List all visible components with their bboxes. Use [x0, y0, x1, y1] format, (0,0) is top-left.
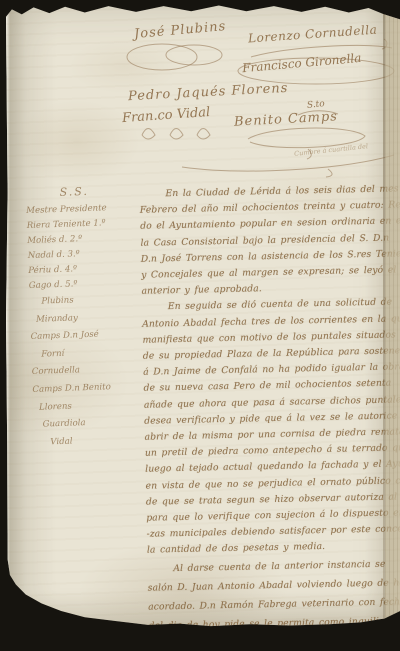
- signature-francisco-gironella: Francisco Gironella: [242, 51, 362, 75]
- signature-benito-camps: Benito Camps: [234, 109, 339, 129]
- flourish-underline-icon: [178, 151, 398, 181]
- signature-flourish-icon: [134, 122, 230, 144]
- manuscript-photo: José Plubins Lorenzo Cornudella Francisc…: [0, 0, 400, 651]
- minutes-text: En la Ciudad de Lérida á los seis dias d…: [139, 181, 400, 635]
- signature-francisco-vidal: Fran.co Vidal: [122, 105, 211, 126]
- faint-marginal-note: Cumbre á cuartilla del: [294, 142, 369, 158]
- signature-flourish-icon: [122, 39, 240, 75]
- manuscript-page: José Plubins Lorenzo Cornudella Francisc…: [6, 3, 400, 635]
- page-edge-stack: [385, 3, 400, 635]
- attendee-name: Vidal: [34, 431, 149, 453]
- signature-pedro-jaques-florens: Pedro Jaqués Florens: [128, 81, 289, 104]
- attendees-items: Mestre PresidenteRiera Teniente 1.ºMolié…: [26, 200, 149, 452]
- attendees-margin-list: S.S. Mestre PresidenteRiera Teniente 1.º…: [25, 183, 148, 452]
- attendees-header: S.S.: [59, 183, 139, 199]
- signature-lorenzo-cornudella: Lorenzo Cornudella: [248, 23, 378, 46]
- signature-jose-plubins: José Plubins: [134, 19, 227, 42]
